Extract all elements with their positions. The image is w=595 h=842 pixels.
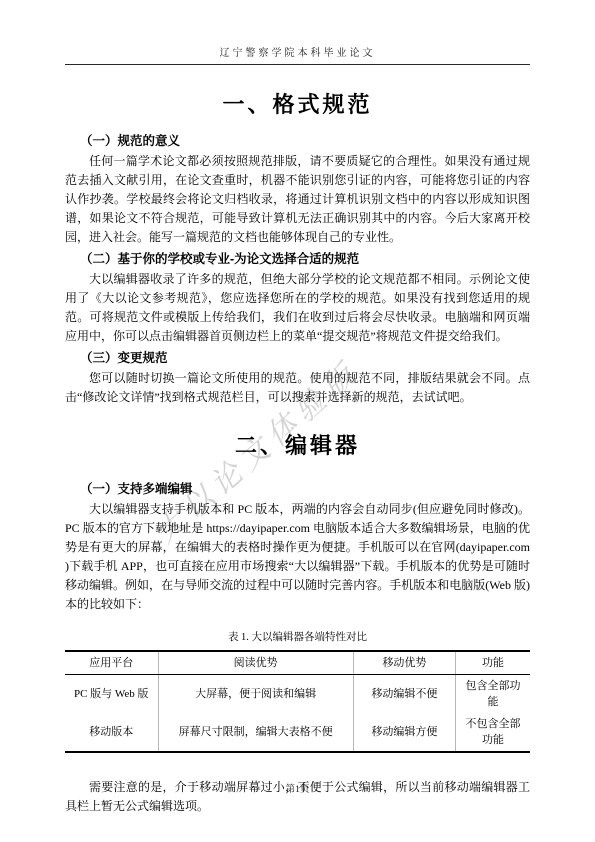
section-1-2-heading: （二）基于你的学校或专业-为论文选择合适的规范	[65, 251, 530, 268]
chapter-2-title: 二、编辑器	[65, 432, 530, 461]
section-2-1-heading: （一）支持多端编辑	[65, 481, 530, 498]
table-row: PC 版与 Web 版 大屏幕，便于阅读和编辑 移动编辑不便 包含全部功能	[65, 675, 530, 714]
table-col-header: 功能	[456, 651, 530, 675]
section-1-3-heading: （三）变更规范	[65, 350, 530, 367]
page-content: 辽宁警察学院本科毕业论文 一、格式规范 （一）规范的意义 任何一篇学术论文都必须…	[65, 44, 530, 816]
table-col-header: 移动优势	[353, 651, 455, 675]
document-page: 大以论文体验版 辽宁警察学院本科毕业论文 一、格式规范 （一）规范的意义 任何一…	[0, 0, 595, 842]
table-row: 移动版本 屏幕尺寸限制，编辑大表格不便 移动编辑方便 不包含全部功能	[65, 713, 530, 752]
section-1-2-body: 大以编辑器收录了许多的规范，但绝大部分学校的论文规范都不相同。示例论文使用了《大…	[65, 270, 530, 346]
table-header-row: 应用平台 阅读优势 移动优势 功能	[65, 651, 530, 675]
table-cell: 移动版本	[65, 713, 158, 752]
table-cell: PC 版与 Web 版	[65, 675, 158, 714]
table-cell: 不包含全部功能	[456, 713, 530, 752]
page-number: 第1页	[0, 781, 595, 795]
section-2-1-body: 大以编辑器支持手机版本和 PC 版本，两端的内容会自动同步(但应避免同时修改)。…	[65, 500, 530, 614]
table-cell: 移动编辑方便	[353, 713, 455, 752]
chapter-1-title: 一、格式规范	[65, 91, 530, 120]
section-1-1-body: 任何一篇学术论文都必须按照规范排版，请不要质疑它的合理性。如果没有通过规范去插入…	[65, 152, 530, 247]
table-col-header: 应用平台	[65, 651, 158, 675]
table-cell: 大屏幕，便于阅读和编辑	[158, 675, 353, 714]
running-header: 辽宁警察学院本科毕业论文	[65, 44, 530, 65]
table-cell: 包含全部功能	[456, 675, 530, 714]
comparison-table: 应用平台 阅读优势 移动优势 功能 PC 版与 Web 版 大屏幕，便于阅读和编…	[65, 650, 530, 753]
table-cell: 屏幕尺寸限制，编辑大表格不便	[158, 713, 353, 752]
table-col-header: 阅读优势	[158, 651, 353, 675]
table-1-caption: 表 1. 大以编辑器各端特性对比	[65, 629, 530, 644]
table-cell: 移动编辑不便	[353, 675, 455, 714]
section-1-1-heading: （一）规范的意义	[65, 133, 530, 150]
section-1-3-body: 您可以随时切换一篇论文所使用的规范。使用的规范不同，排版结果就会不同。点击“修改…	[65, 369, 530, 407]
